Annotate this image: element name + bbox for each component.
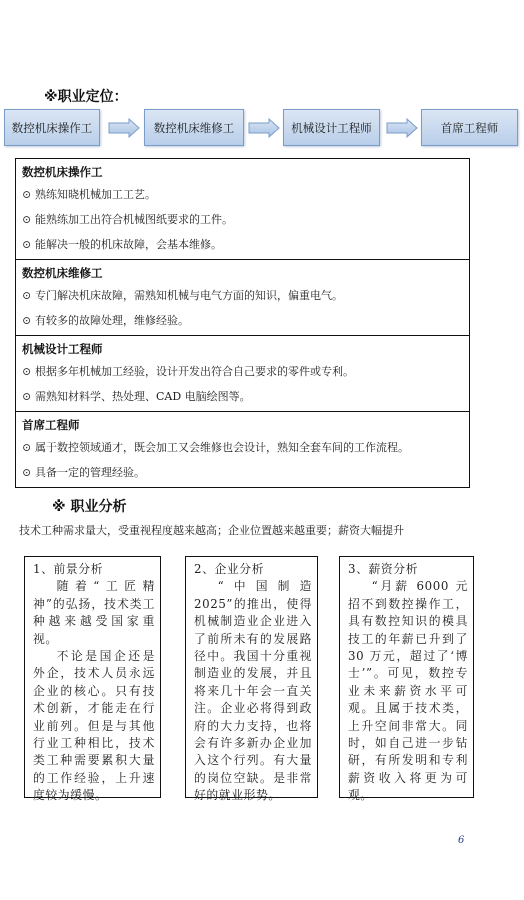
- flow-step-chief-engineer: 首席工程师: [421, 109, 518, 146]
- circle-dot-bullet-icon: ⊙: [22, 182, 35, 207]
- flow-step-cnc-operator: 数控机床操作工: [4, 109, 100, 146]
- circle-dot-bullet-icon: ⊙: [22, 359, 35, 384]
- career-analysis-heading: ※ 职业分析: [52, 496, 126, 516]
- role-block-chief-engineer: 首席工程师 ⊙属于数控领域通才，既会加工又会维修也会设计，熟知全套车间的工作流程…: [16, 411, 469, 487]
- circle-dot-bullet-icon: ⊙: [22, 283, 35, 308]
- role-title: 首席工程师: [22, 416, 462, 435]
- role-title: 数控机床操作工: [22, 163, 462, 182]
- flow-step-cnc-repairer: 数控机床维修工: [144, 109, 244, 146]
- role-item: ⊙具备一定的管理经验。: [22, 460, 462, 485]
- circle-dot-bullet-icon: ⊙: [22, 384, 35, 409]
- box-title: 1、前景分析: [33, 561, 155, 578]
- circle-dot-bullet-icon: ⊙: [22, 308, 35, 333]
- role-item-text: 属于数控领域通才，既会加工又会维修也会设计，熟知全套车间的工作流程。: [35, 441, 409, 454]
- salary-analysis-box: 3、薪资分析 “月薪 6000 元招不到数控操作工，具有数控知识的模具技工的年薪…: [339, 556, 474, 798]
- role-item-text: 专门解决机床故障，需熟知机械与电气方面的知识，偏重电气。: [35, 289, 343, 302]
- circle-dot-bullet-icon: ⊙: [22, 232, 35, 257]
- right-arrow-icon: [108, 118, 140, 138]
- role-title: 机械设计工程师: [22, 340, 462, 359]
- right-arrow-icon: [248, 118, 280, 138]
- role-item: ⊙能解决一般的机床故障，会基本维修。: [22, 232, 462, 257]
- role-item: ⊙熟练知晓机械加工工艺。: [22, 182, 462, 207]
- career-positioning-heading: ※职业定位：: [44, 86, 128, 106]
- role-item: ⊙需熟知材料学、热处理、CAD 电脑绘图等。: [22, 384, 462, 409]
- circle-dot-bullet-icon: ⊙: [22, 435, 35, 460]
- role-title: 数控机床维修工: [22, 264, 462, 283]
- box-paragraph: “月薪 6000 元招不到数控操作工，具有数控知识的模具技工的年薪已升到了 30…: [348, 578, 468, 804]
- role-description-table: 数控机床操作工 ⊙熟练知晓机械加工工艺。 ⊙能熟练加工出符合机械图纸要求的工件。…: [15, 158, 470, 488]
- role-item-text: 熟练知晓机械加工工艺。: [35, 188, 156, 201]
- role-item-text: 有较多的故障处理，维修经验。: [35, 314, 189, 327]
- role-item: ⊙能熟练加工出符合机械图纸要求的工件。: [22, 207, 462, 232]
- role-item: ⊙属于数控领域通才，既会加工又会维修也会设计，熟知全套车间的工作流程。: [22, 435, 462, 460]
- role-item: ⊙根据多年机械加工经验，设计开发出符合自己要求的零件或专利。: [22, 359, 462, 384]
- prospect-analysis-box: 1、前景分析 随着“工匠精神”的弘扬，技术类工种越来越受国家重视。 不论是国企还…: [24, 556, 161, 798]
- document-page: ※职业定位： 数控机床操作工 数控机床维修工 机械设计工程师 首席工程师 数控机…: [0, 0, 524, 900]
- role-block-cnc-operator: 数控机床操作工 ⊙熟练知晓机械加工工艺。 ⊙能熟练加工出符合机械图纸要求的工件。…: [16, 159, 469, 259]
- circle-dot-bullet-icon: ⊙: [22, 460, 35, 485]
- role-block-mechanical-design-engineer: 机械设计工程师 ⊙根据多年机械加工经验，设计开发出符合自己要求的零件或专利。 ⊙…: [16, 335, 469, 411]
- box-paragraph: 随着“工匠精神”的弘扬，技术类工种越来越受国家重视。: [33, 578, 155, 648]
- role-block-cnc-repairer: 数控机床维修工 ⊙专门解决机床故障，需熟知机械与电气方面的知识，偏重电气。 ⊙有…: [16, 259, 469, 335]
- flow-step-mechanical-design-engineer: 机械设计工程师: [283, 109, 380, 146]
- role-item-text: 需熟知材料学、热处理、CAD 电脑绘图等。: [35, 390, 251, 403]
- enterprise-analysis-box: 2、企业分析 “中国制造 2025”的推出，使得机械制造业企业进入了前所未有的发…: [185, 556, 318, 798]
- role-item-text: 根据多年机械加工经验，设计开发出符合自己要求的零件或专利。: [35, 365, 354, 378]
- box-paragraph: “中国制造 2025”的推出，使得机械制造业企业进入了前所未有的发展路径中。我国…: [194, 578, 312, 804]
- role-item: ⊙有较多的故障处理，维修经验。: [22, 308, 462, 333]
- career-analysis-summary: 技术工种需求量大，受重视程度越来越高；企业位置越来越重要；薪资大幅提升: [19, 522, 404, 538]
- role-item-text: 具备一定的管理经验。: [35, 466, 145, 479]
- box-title: 3、薪资分析: [348, 561, 468, 578]
- box-title: 2、企业分析: [194, 561, 312, 578]
- role-item-text: 能解决一般的机床故障，会基本维修。: [35, 238, 222, 251]
- circle-dot-bullet-icon: ⊙: [22, 207, 35, 232]
- role-item: ⊙专门解决机床故障，需熟知机械与电气方面的知识，偏重电气。: [22, 283, 462, 308]
- box-paragraph: 不论是国企还是外企，技术人员永远企业的核心。只有技术创新，才能走在行业前列。但是…: [33, 648, 155, 805]
- role-item-text: 能熟练加工出符合机械图纸要求的工件。: [35, 213, 233, 226]
- right-arrow-icon: [386, 118, 418, 138]
- page-number: 6: [458, 835, 464, 846]
